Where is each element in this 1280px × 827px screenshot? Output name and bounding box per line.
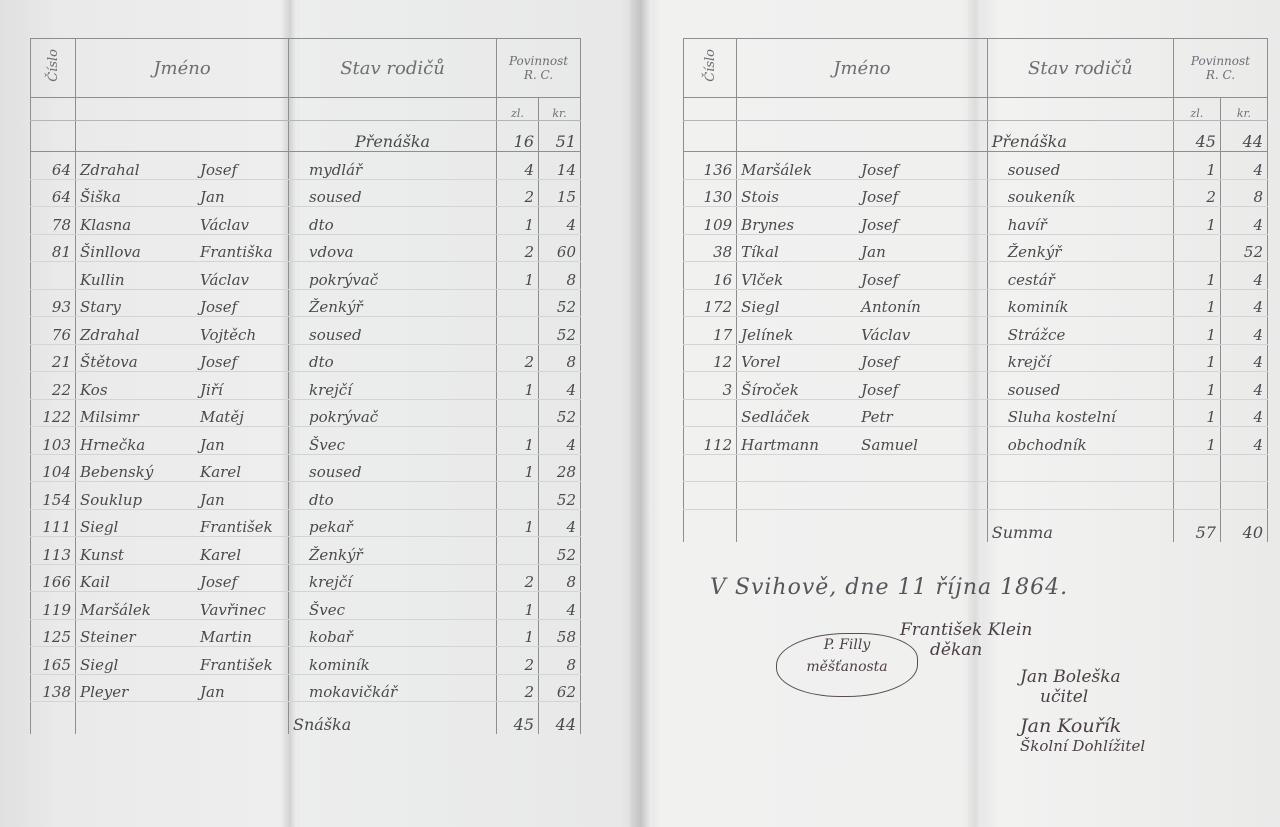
row-zl: 4: [497, 152, 539, 180]
row-kr: 4: [1220, 344, 1267, 372]
row-zl: [497, 399, 539, 427]
row-zl: 1: [1173, 399, 1220, 427]
row-kr: 4: [1220, 289, 1267, 317]
table-row: 113KunstKarelŽenkýř52: [31, 537, 581, 565]
carry-over-zl: 45: [1173, 121, 1220, 152]
total-row: Summa5740: [684, 509, 1268, 542]
row-cislo: 64: [31, 179, 76, 207]
table-row: SedláčekPetrSluha kostelní14: [684, 399, 1268, 427]
total-label: Summa: [987, 509, 1173, 542]
row-zl: 1: [1173, 152, 1220, 180]
table-row: 104BebenskýKarelsoused128: [31, 454, 581, 482]
signature-teacher: Jan Boleška učitel: [1020, 667, 1121, 707]
row-kr: 4: [1220, 317, 1267, 345]
row-name: StaryJosef: [76, 289, 289, 317]
row-name: SedláčekPetr: [737, 399, 988, 427]
row-cislo: 76: [31, 317, 76, 345]
row-occupation: krejčí: [289, 372, 497, 400]
table-row: 138PleyerJanmokavičkář262: [31, 674, 581, 702]
row-kr: 52: [539, 317, 581, 345]
table-row: 172SieglAntonínkominík14: [684, 289, 1268, 317]
row-name: JelínekVáclav: [737, 317, 988, 345]
row-occupation: cestář: [987, 262, 1173, 290]
mayor-seal: P. Filly měšťanosta: [776, 633, 918, 697]
left-page: Číslo Jméno Stav rodičů PovinnostR. C. z…: [30, 38, 580, 734]
row-kr: 14: [539, 152, 581, 180]
row-cislo: 112: [684, 427, 737, 455]
row-cislo: 154: [31, 482, 76, 510]
row-zl: 2: [497, 674, 539, 702]
right-ledger-table: Číslo Jméno Stav rodičů PovinnostR. C. z…: [683, 38, 1268, 542]
table-row: 154SouklupJandto52: [31, 482, 581, 510]
total-label: Snáška: [289, 702, 497, 735]
paper-fold-center: [630, 0, 652, 827]
row-zl: 2: [497, 234, 539, 262]
row-zl: 1: [497, 262, 539, 290]
carry-over-zl: 16: [497, 121, 539, 152]
row-cislo: 22: [31, 372, 76, 400]
row-name: ZdrahalJosef: [76, 152, 289, 180]
row-occupation: pokrývač: [289, 262, 497, 290]
empty-row: [684, 482, 1268, 510]
row-kr: 4: [1220, 399, 1267, 427]
row-occupation: Ženkýř: [289, 537, 497, 565]
table-row: 64ŠiškaJansoused215: [31, 179, 581, 207]
row-occupation: soused: [289, 317, 497, 345]
row-occupation: Ženkýř: [987, 234, 1173, 262]
table-row: 112HartmannSamuelobchodník14: [684, 427, 1268, 455]
row-kr: 62: [539, 674, 581, 702]
row-name: ŠiškaJan: [76, 179, 289, 207]
table-row: KullinVáclavpokrývač18: [31, 262, 581, 290]
row-kr: 4: [539, 592, 581, 620]
table-row: 111SieglFrantišekpekař14: [31, 509, 581, 537]
carry-over-kr: 44: [1220, 121, 1267, 152]
row-occupation: Strážce: [987, 317, 1173, 345]
row-zl: [497, 289, 539, 317]
left-ledger-table: Číslo Jméno Stav rodičů PovinnostR. C. z…: [30, 38, 581, 734]
row-name: HartmannSamuel: [737, 427, 988, 455]
table-row: 165SieglFrantišekkominík28: [31, 647, 581, 675]
row-name: PleyerJan: [76, 674, 289, 702]
row-occupation: vdova: [289, 234, 497, 262]
closing-block: V Svihově, dne 11 října 1864. P. Filly m…: [710, 575, 1270, 600]
row-kr: 52: [539, 399, 581, 427]
table-row: 109BrynesJosefhavíř14: [684, 207, 1268, 235]
carry-over-kr: 51: [539, 121, 581, 152]
row-occupation: dto: [289, 482, 497, 510]
row-cislo: 172: [684, 289, 737, 317]
row-kr: 8: [539, 262, 581, 290]
row-kr: 4: [539, 372, 581, 400]
row-cislo: 103: [31, 427, 76, 455]
header-jmeno: Jméno: [737, 39, 988, 98]
carry-over-row: Přenáška 45 44: [684, 121, 1268, 152]
row-occupation: pekař: [289, 509, 497, 537]
row-cislo: 93: [31, 289, 76, 317]
row-name: VorelJosef: [737, 344, 988, 372]
row-zl: [1173, 234, 1220, 262]
row-occupation: kominík: [987, 289, 1173, 317]
row-occupation: soused: [289, 454, 497, 482]
row-zl: 1: [1173, 262, 1220, 290]
table-row: 130StoisJosefsoukeník28: [684, 179, 1268, 207]
table-row: 17JelínekVáclavStrážce14: [684, 317, 1268, 345]
total-row: Snáška4544: [31, 702, 581, 735]
row-occupation: kominík: [289, 647, 497, 675]
header-stav-rodicu: Stav rodičů: [289, 39, 497, 98]
row-zl: 2: [1173, 179, 1220, 207]
row-zl: 1: [497, 509, 539, 537]
header-povinnost: PovinnostR. C.: [497, 39, 581, 98]
table-row: 166KailJosefkrejčí28: [31, 564, 581, 592]
row-kr: 4: [1220, 427, 1267, 455]
row-name: KunstKarel: [76, 537, 289, 565]
row-cislo: 113: [31, 537, 76, 565]
table-row: 3ŠíročekJosefsoused14: [684, 372, 1268, 400]
table-row: 76ZdrahalVojtěchsoused52: [31, 317, 581, 345]
row-zl: 1: [497, 592, 539, 620]
row-name: SieglFrantišek: [76, 509, 289, 537]
row-zl: 1: [497, 427, 539, 455]
row-kr: 4: [1220, 372, 1267, 400]
row-zl: 1: [1173, 344, 1220, 372]
header-jmeno: Jméno: [76, 39, 289, 98]
table-row: 81ŠinllovaFrantiškavdova260: [31, 234, 581, 262]
row-zl: 1: [1173, 207, 1220, 235]
row-occupation: Švec: [289, 427, 497, 455]
row-cislo: 78: [31, 207, 76, 235]
row-name: ŠíročekJosef: [737, 372, 988, 400]
row-zl: 1: [497, 372, 539, 400]
table-row: 38TíkalJanŽenkýř52: [684, 234, 1268, 262]
row-occupation: krejčí: [987, 344, 1173, 372]
row-zl: 2: [497, 179, 539, 207]
total-zl: 45: [497, 702, 539, 735]
row-cislo: [31, 262, 76, 290]
row-cislo: 119: [31, 592, 76, 620]
row-occupation: pokrývač: [289, 399, 497, 427]
row-cislo: 109: [684, 207, 737, 235]
row-kr: 4: [1220, 152, 1267, 180]
row-kr: 4: [539, 427, 581, 455]
row-kr: 52: [1220, 234, 1267, 262]
row-occupation: dto: [289, 207, 497, 235]
table-row: 136MaršálekJosefsoused14: [684, 152, 1268, 180]
row-occupation: obchodník: [987, 427, 1173, 455]
row-cislo: 125: [31, 619, 76, 647]
table-row: 122MilsimrMatějpokrývač52: [31, 399, 581, 427]
table-row: 64ZdrahalJosefmydlář414: [31, 152, 581, 180]
row-occupation: krejčí: [289, 564, 497, 592]
row-kr: 8: [539, 647, 581, 675]
table-row: 119MaršálekVavřinecŠvec14: [31, 592, 581, 620]
row-kr: 52: [539, 482, 581, 510]
row-cislo: 130: [684, 179, 737, 207]
row-name: KullinVáclav: [76, 262, 289, 290]
row-name: VlčekJosef: [737, 262, 988, 290]
row-name: BrynesJosef: [737, 207, 988, 235]
row-name: HrnečkaJan: [76, 427, 289, 455]
table-row: 125SteinerMartinkobař158: [31, 619, 581, 647]
row-name: KosJiří: [76, 372, 289, 400]
row-occupation: soused: [289, 179, 497, 207]
row-zl: 1: [1173, 289, 1220, 317]
table-row: 16VlčekJosefcestář14: [684, 262, 1268, 290]
row-zl: 1: [1173, 317, 1220, 345]
place-date: V Svihově, dne 11 října 1864.: [710, 575, 1270, 600]
row-zl: [497, 317, 539, 345]
row-name: MaršálekJosef: [737, 152, 988, 180]
row-occupation: soused: [987, 372, 1173, 400]
row-cislo: 122: [31, 399, 76, 427]
row-cislo: 136: [684, 152, 737, 180]
row-name: KailJosef: [76, 564, 289, 592]
row-cislo: 165: [31, 647, 76, 675]
header-cislo: Číslo: [684, 39, 737, 98]
row-kr: 8: [539, 564, 581, 592]
row-name: SieglAntonín: [737, 289, 988, 317]
row-cislo: 12: [684, 344, 737, 372]
kr-subheader: kr.: [1220, 98, 1267, 121]
row-occupation: mokavičkář: [289, 674, 497, 702]
row-kr: 60: [539, 234, 581, 262]
row-zl: 1: [497, 454, 539, 482]
right-page: Číslo Jméno Stav rodičů PovinnostR. C. z…: [683, 38, 1268, 542]
row-occupation: soukeník: [987, 179, 1173, 207]
table-row: 12VorelJosefkrejčí14: [684, 344, 1268, 372]
row-kr: 58: [539, 619, 581, 647]
row-occupation: mydlář: [289, 152, 497, 180]
row-kr: 8: [539, 344, 581, 372]
signature-dean: František Klein děkan: [900, 620, 1032, 660]
table-row: 103HrnečkaJanŠvec14: [31, 427, 581, 455]
row-zl: 1: [1173, 427, 1220, 455]
row-occupation: Sluha kostelní: [987, 399, 1173, 427]
row-name: StoisJosef: [737, 179, 988, 207]
carry-over-label: Přenáška: [289, 121, 497, 152]
row-cislo: 138: [31, 674, 76, 702]
row-name: ŠinllovaFrantiška: [76, 234, 289, 262]
row-cislo: 81: [31, 234, 76, 262]
header-povinnost: PovinnostR. C.: [1173, 39, 1267, 98]
row-kr: 4: [539, 207, 581, 235]
row-zl: 2: [497, 564, 539, 592]
row-cislo: [684, 399, 737, 427]
row-kr: 4: [1220, 262, 1267, 290]
total-kr: 44: [539, 702, 581, 735]
row-kr: 4: [1220, 207, 1267, 235]
carry-over-label: Přenáška: [987, 121, 1173, 152]
row-cislo: 17: [684, 317, 737, 345]
row-occupation: soused: [987, 152, 1173, 180]
row-cislo: 111: [31, 509, 76, 537]
row-occupation: Švec: [289, 592, 497, 620]
table-row: 78KlasnaVáclavdto14: [31, 207, 581, 235]
signature-inspector: Jan Kouřík Školní Dohlížitel: [1020, 715, 1145, 755]
table-row: 21ŠtětovaJosefdto28: [31, 344, 581, 372]
row-occupation: dto: [289, 344, 497, 372]
row-name: MilsimrMatěj: [76, 399, 289, 427]
kr-subheader: kr.: [539, 98, 581, 121]
row-zl: 2: [497, 344, 539, 372]
row-cislo: 21: [31, 344, 76, 372]
row-name: SteinerMartin: [76, 619, 289, 647]
row-zl: [497, 537, 539, 565]
zl-subheader: zl.: [497, 98, 539, 121]
row-name: KlasnaVáclav: [76, 207, 289, 235]
row-occupation: havíř: [987, 207, 1173, 235]
row-name: TíkalJan: [737, 234, 988, 262]
row-zl: 1: [497, 619, 539, 647]
row-kr: 4: [539, 509, 581, 537]
row-name: SieglFrantišek: [76, 647, 289, 675]
row-cislo: 64: [31, 152, 76, 180]
row-kr: 8: [1220, 179, 1267, 207]
row-name: ŠtětovaJosef: [76, 344, 289, 372]
row-zl: 2: [497, 647, 539, 675]
row-zl: 1: [497, 207, 539, 235]
row-zl: [497, 482, 539, 510]
row-cislo: 104: [31, 454, 76, 482]
header-stav-rodicu: Stav rodičů: [987, 39, 1173, 98]
row-kr: 52: [539, 289, 581, 317]
row-kr: 15: [539, 179, 581, 207]
row-zl: 1: [1173, 372, 1220, 400]
total-kr: 40: [1220, 509, 1267, 542]
row-name: BebenskýKarel: [76, 454, 289, 482]
header-cislo: Číslo: [31, 39, 76, 98]
row-cislo: 16: [684, 262, 737, 290]
zl-subheader: zl.: [1173, 98, 1220, 121]
carry-over-row: Přenáška 16 51: [31, 121, 581, 152]
row-name: SouklupJan: [76, 482, 289, 510]
row-occupation: Ženkýř: [289, 289, 497, 317]
total-zl: 57: [1173, 509, 1220, 542]
row-occupation: kobař: [289, 619, 497, 647]
row-cislo: 3: [684, 372, 737, 400]
row-name: MaršálekVavřinec: [76, 592, 289, 620]
empty-row: [684, 454, 1268, 482]
row-kr: 52: [539, 537, 581, 565]
row-kr: 28: [539, 454, 581, 482]
table-row: 22KosJiříkrejčí14: [31, 372, 581, 400]
table-row: 93StaryJosefŽenkýř52: [31, 289, 581, 317]
row-cislo: 166: [31, 564, 76, 592]
row-name: ZdrahalVojtěch: [76, 317, 289, 345]
scanned-document: Číslo Jméno Stav rodičů PovinnostR. C. z…: [0, 0, 1280, 827]
row-cislo: 38: [684, 234, 737, 262]
